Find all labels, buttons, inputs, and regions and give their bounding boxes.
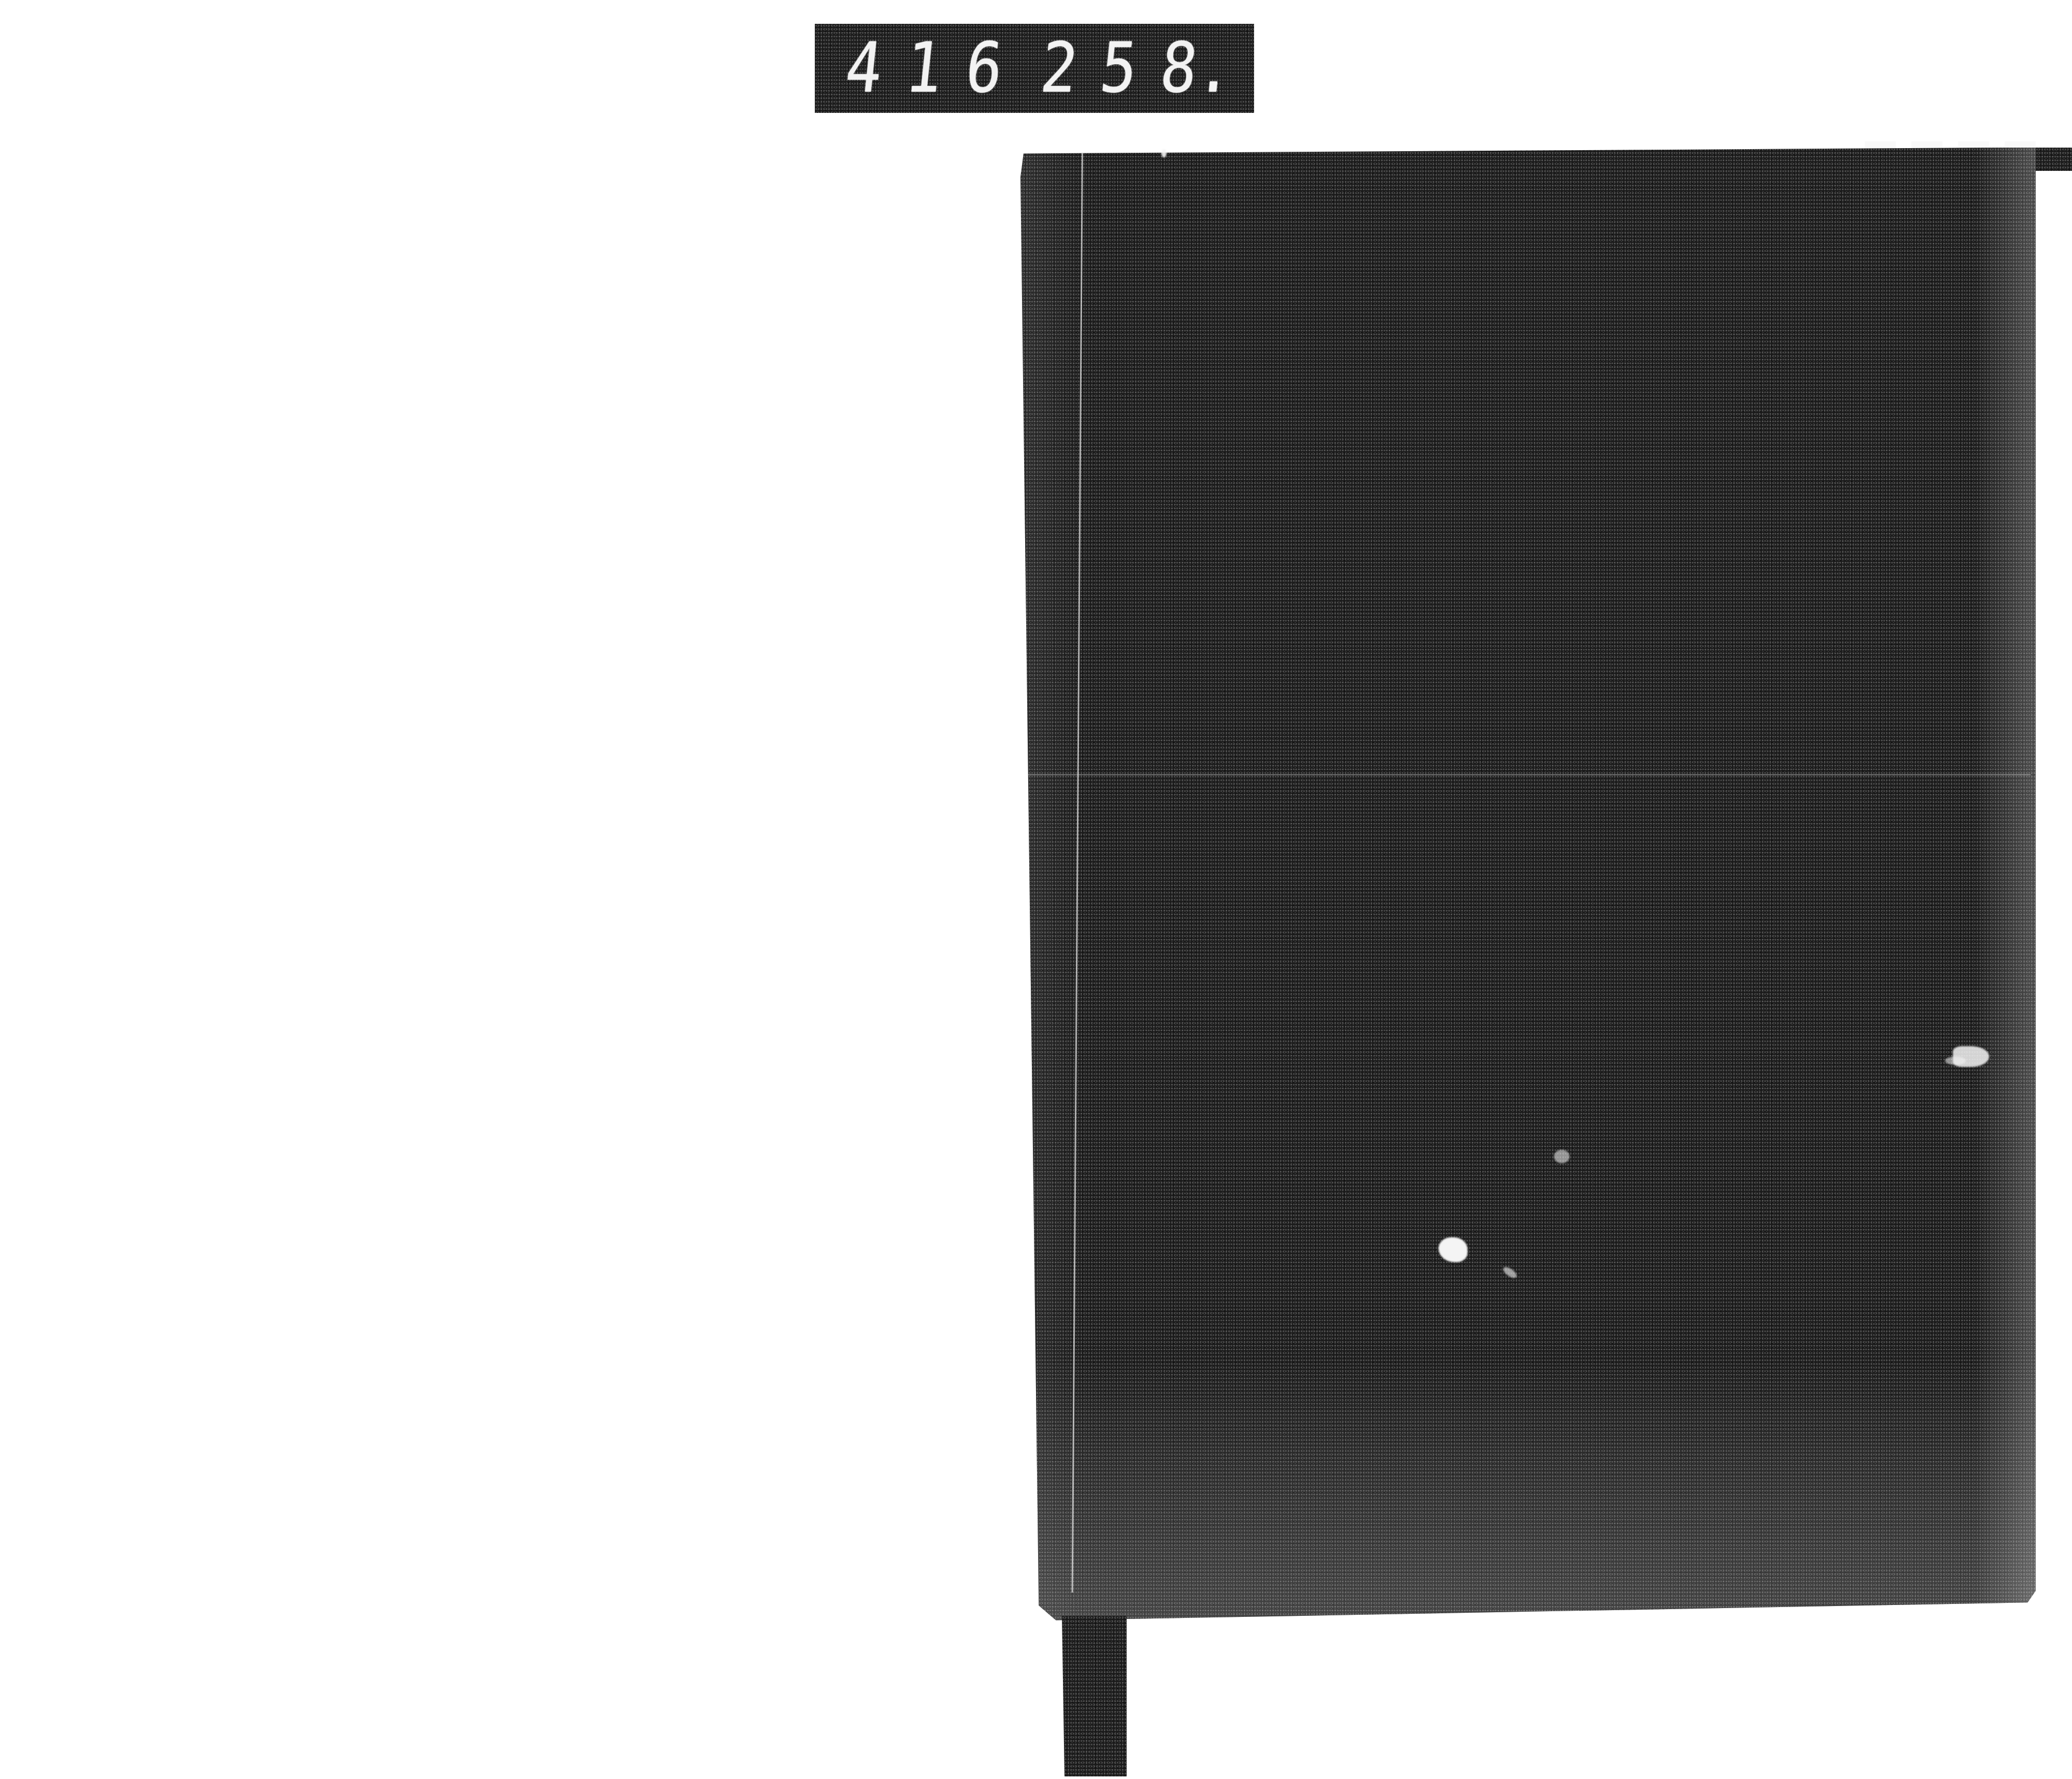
counter-left-number: 4 1 6 <box>846 38 1002 98</box>
counter-digit: 2 <box>1038 34 1081 103</box>
counter-digit: 1 <box>902 34 946 103</box>
counter-right-number: 2 5 8. <box>1041 38 1233 98</box>
cover-scuff-mark <box>1945 1057 1966 1065</box>
cover-scratch-mark <box>1161 149 1167 157</box>
counter-digit: 8. <box>1157 34 1237 103</box>
spine-crease <box>1072 153 1083 1593</box>
cover-edge-tab <box>2036 148 2072 171</box>
cover-top-edge-wear <box>1865 141 2036 149</box>
cover-scuff-mark <box>1554 1150 1570 1163</box>
binding-strip <box>1062 1616 1127 1776</box>
counter-digit: 6 <box>962 34 1006 103</box>
counter-digit: 4 <box>842 34 886 103</box>
scan-counter-label: 4 1 6 2 5 8. <box>815 24 1254 113</box>
counter-digit: 5 <box>1097 34 1141 103</box>
book-cover <box>1020 148 2036 1626</box>
horizontal-scan-line <box>1026 774 2031 775</box>
